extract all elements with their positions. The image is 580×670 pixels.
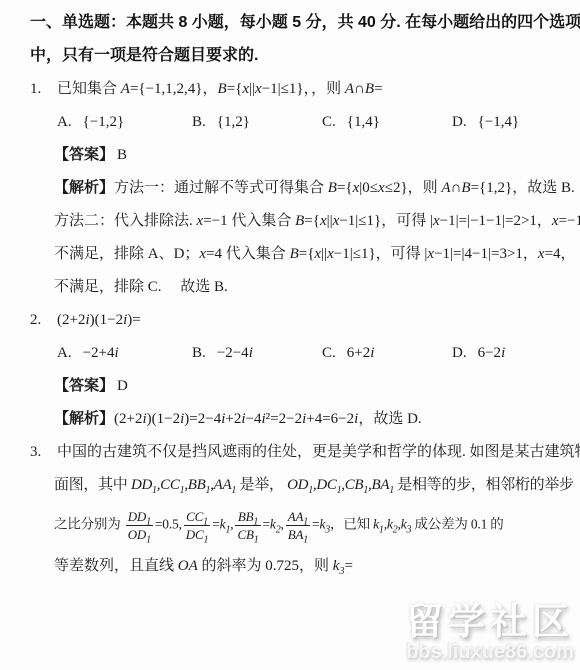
watermark: 留学社区 bbs.liuxue86.com xyxy=(406,591,574,664)
question-1-stem: 1.已知集合 A={−1,1,2,4}，B={x||x−1|≤1}，，则 A∩B… xyxy=(0,79,580,99)
question-1-option-a: A.{−1,2} xyxy=(57,112,192,132)
watermark-logo-text: 留学社区 xyxy=(406,591,574,645)
option-a-value: −2+4i xyxy=(83,345,119,361)
option-a-label: A. xyxy=(57,114,72,130)
option-c-value: 6+2i xyxy=(347,345,375,361)
question-1-option-c: C.{1,4} xyxy=(322,112,452,132)
question-3-stem-line-1: 3.中国的古建筑不仅是挡风遮雨的住处，更是美学和哲学的体现. 如图是某古建筑物的… xyxy=(0,442,580,462)
answer-heading: 【答案】 xyxy=(54,146,114,163)
question-1-option-b: B.{1,2} xyxy=(192,112,322,132)
question-2-option-a: A.−2+4i xyxy=(57,343,192,363)
question-1-analysis-line-2: 方法二：代入排除法. x=−1 代入集合 B={x||x−1|≤1}，可得 |x… xyxy=(0,211,580,231)
answer-heading: 【答案】 xyxy=(54,377,114,394)
question-3-stem-line-4: 等差数列，且直线 OA 的斜率为 0.725，则 k3= xyxy=(0,556,580,576)
option-c-label: C. xyxy=(322,345,336,361)
option-d-value: 6−2i xyxy=(478,345,506,361)
question-1-number: 1. xyxy=(30,79,57,99)
question-1-option-d: D.{−1,4} xyxy=(452,112,580,132)
option-c-value: {1,4} xyxy=(347,114,380,130)
question-2-options: A.−2+4i B.−2−4i C.6+2i D.6−2i xyxy=(0,343,580,363)
question-2-option-d: D.6−2i xyxy=(452,343,580,363)
question-2-answer: 【答案】D xyxy=(0,376,580,396)
section-header-line-1: 一、单选题：本题共 8 小题，每小题 5 分，共 40 分. 在每小题给出的四个… xyxy=(0,13,580,33)
answer-value: B xyxy=(117,147,127,163)
exam-document: 一、单选题：本题共 8 小题，每小题 5 分，共 40 分. 在每小题给出的四个… xyxy=(0,0,580,576)
question-1-stem-text: 已知集合 A={−1,1,2,4}，B={x||x−1|≤1}，，则 A∩B= xyxy=(57,81,383,97)
option-b-value: −2−4i xyxy=(217,345,253,361)
watermark-url: bbs.liuxue86.com xyxy=(406,641,574,664)
answer-value: D xyxy=(117,378,128,394)
option-d-value: {−1,4} xyxy=(478,114,520,130)
question-3-stem-text: 中国的古建筑不仅是挡风遮雨的住处，更是美学和哲学的体现. 如图是某古建筑物的剖 xyxy=(57,444,580,460)
question-2-stem: 2.(2+2i)(1−2i)= xyxy=(0,310,580,330)
option-a-value: {−1,2} xyxy=(83,114,125,130)
question-2-option-c: C.6+2i xyxy=(322,343,452,363)
option-d-label: D. xyxy=(452,114,467,130)
option-b-value: {1,2} xyxy=(217,114,250,130)
question-1-analysis-line-1: 【解析】方法一：通过解不等式可得集合 B={x|0≤x≤2}，则 A∩B={1,… xyxy=(0,178,580,198)
question-1-analysis-line-3: 不满足，排除 A、D；x=4 代入集合 B={x||x−1|≤1}，可得 |x−… xyxy=(0,244,580,264)
option-c-label: C. xyxy=(322,114,336,130)
option-b-label: B. xyxy=(192,345,206,361)
question-3-stem-line-3: 之比分别为 DD1OD1=0.5,CC1DC1=k1,BB1CB1=k2,AA1… xyxy=(0,508,580,543)
question-2-number: 2. xyxy=(30,310,57,330)
option-b-label: B. xyxy=(192,114,206,130)
question-2-analysis-line-1: 【解析】(2+2i)(1−2i)=2−4i+2i−4i²=2−2i+4=6−2i… xyxy=(0,409,580,429)
section-header-line-2: 中，只有一项是符合题目要求的. xyxy=(0,46,580,66)
option-a-label: A. xyxy=(57,345,72,361)
question-2-stem-text: (2+2i)(1−2i)= xyxy=(57,312,141,328)
question-3-stem-line-2: 面图，其中 DD1,CC1,BB1,AA1 是举， OD1,DC1,CB1,BA… xyxy=(0,475,580,495)
option-d-label: D. xyxy=(452,345,467,361)
question-3-number: 3. xyxy=(30,442,57,462)
question-1-options: A.{−1,2} B.{1,2} C.{1,4} D.{−1,4} xyxy=(0,112,580,132)
question-1-answer: 【答案】B xyxy=(0,145,580,165)
question-1-analysis-line-4: 不满足，排除 C. 故选 B. xyxy=(0,277,580,297)
question-2-option-b: B.−2−4i xyxy=(192,343,322,363)
